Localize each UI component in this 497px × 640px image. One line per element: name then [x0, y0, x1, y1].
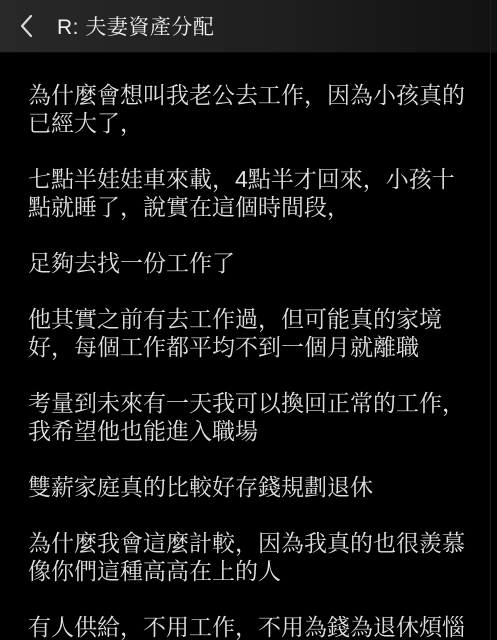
paragraph: 雙薪家庭真的比較好存錢規劃退休 [28, 473, 468, 501]
post-body[interactable]: 為什麼會想叫我老公去工作，因為小孩真的已經大了，七點半娃娃車來載，4點半才回來，… [0, 53, 497, 640]
paragraph: 為什麼會想叫我老公去工作，因為小孩真的已經大了， [28, 81, 468, 137]
paragraph: 有人供給，不用工作，不用為錢為退休煩惱 [28, 613, 468, 640]
paragraph: 為什麼我會這麼計較，因為我真的也很羨慕像你們這種高高在上的人 [28, 529, 468, 585]
title-bar: R: 夫妻資產分配 [0, 0, 497, 53]
paragraph: 七點半娃娃車來載，4點半才回來，小孩十點就睡了，說實在這個時間段， [28, 165, 468, 221]
message-view-screen: R: 夫妻資產分配 為什麼會想叫我老公去工作，因為小孩真的已經大了，七點半娃娃車… [0, 0, 497, 640]
paragraph: 足夠去找一份工作了 [28, 249, 468, 277]
back-button[interactable] [14, 10, 39, 42]
paragraph: 他其實之前有去工作過，但可能真的家境好，每個工作都平均不到一個月就離職 [28, 305, 468, 361]
right-edge-line [490, 0, 491, 640]
page-title: R: 夫妻資產分配 [57, 11, 214, 41]
paragraph: 考量到未來有一天我可以換回正常的工作，我希望他也能進入職場 [28, 389, 468, 445]
chevron-left-icon [20, 14, 33, 38]
